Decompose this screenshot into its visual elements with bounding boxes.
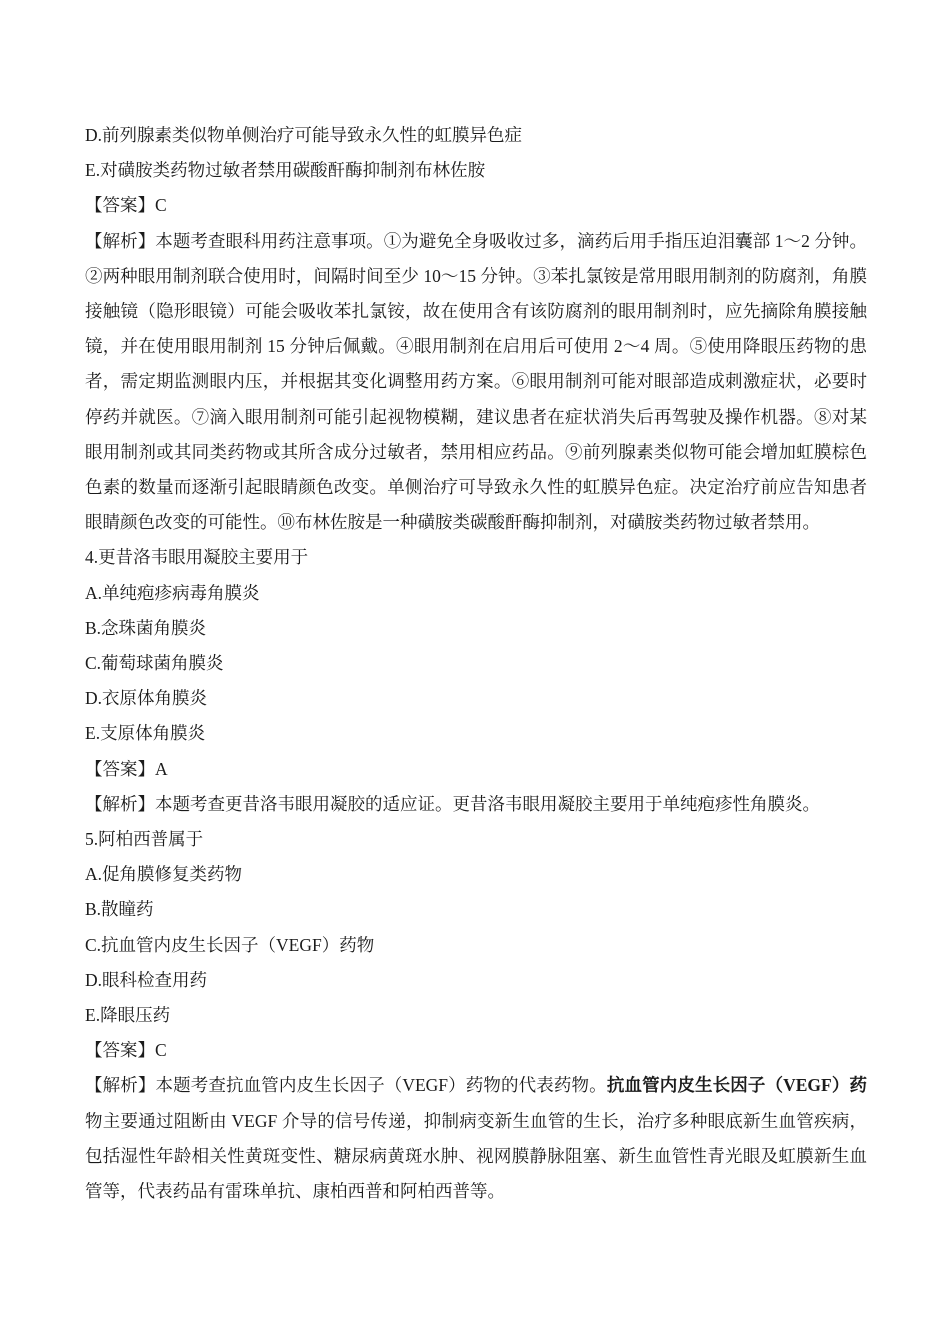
document-page: D.前列腺素类似物单侧治疗可能导致永久性的虹膜异色症 E.对磺胺类药物过敏者禁用…: [0, 0, 950, 1344]
q5-option-a: A.促角膜修复类药物: [85, 857, 867, 892]
q3-option-d: D.前列腺素类似物单侧治疗可能导致永久性的虹膜异色症: [85, 118, 867, 153]
q3-analysis: 【解析】本题考查眼科用药注意事项。①为避免全身吸收过多，滴药后用手指压迫泪囊部 …: [85, 224, 867, 541]
q3-answer: 【答案】C: [85, 188, 867, 223]
q5-option-d: D.眼科检查用药: [85, 963, 867, 998]
q4-option-e: E.支原体角膜炎: [85, 716, 867, 751]
q4-analysis: 【解析】本题考查更昔洛韦眼用凝胶的适应证。更昔洛韦眼用凝胶主要用于单纯疱疹性角膜…: [85, 787, 867, 822]
document-body: D.前列腺素类似物单侧治疗可能导致永久性的虹膜异色症 E.对磺胺类药物过敏者禁用…: [85, 118, 867, 1209]
q4-option-b: B.念珠菌角膜炎: [85, 611, 867, 646]
q5-option-e: E.降眼压药: [85, 998, 867, 1033]
q4-option-a: A.单纯疱疹病毒角膜炎: [85, 576, 867, 611]
q5-analysis: 【解析】本题考查抗血管内皮生长因子（VEGF）药物的代表药物。抗血管内皮生长因子…: [85, 1068, 867, 1209]
q5-option-c: C.抗血管内皮生长因子（VEGF）药物: [85, 928, 867, 963]
q5-answer: 【答案】C: [85, 1033, 867, 1068]
q4-stem: 4.更昔洛韦眼用凝胶主要用于: [85, 540, 867, 575]
q5-stem: 5.阿柏西普属于: [85, 822, 867, 857]
q5-analysis-rest: 物主要通过阻断由 VEGF 介导的信号传递，抑制病变新生血管的生长，治疗多种眼底…: [85, 1111, 867, 1201]
q5-analysis-lead: 【解析】本题考查抗血管内皮生长因子（VEGF）药物的代表药物。: [85, 1075, 607, 1095]
q3-option-e: E.对磺胺类药物过敏者禁用碳酸酐酶抑制剂布林佐胺: [85, 153, 867, 188]
q5-option-b: B.散瞳药: [85, 892, 867, 927]
q4-option-d: D.衣原体角膜炎: [85, 681, 867, 716]
q4-answer: 【答案】A: [85, 752, 867, 787]
q5-analysis-bold-term: 抗血管内皮生长因子（VEGF）药: [607, 1075, 867, 1095]
q4-option-c: C.葡萄球菌角膜炎: [85, 646, 867, 681]
